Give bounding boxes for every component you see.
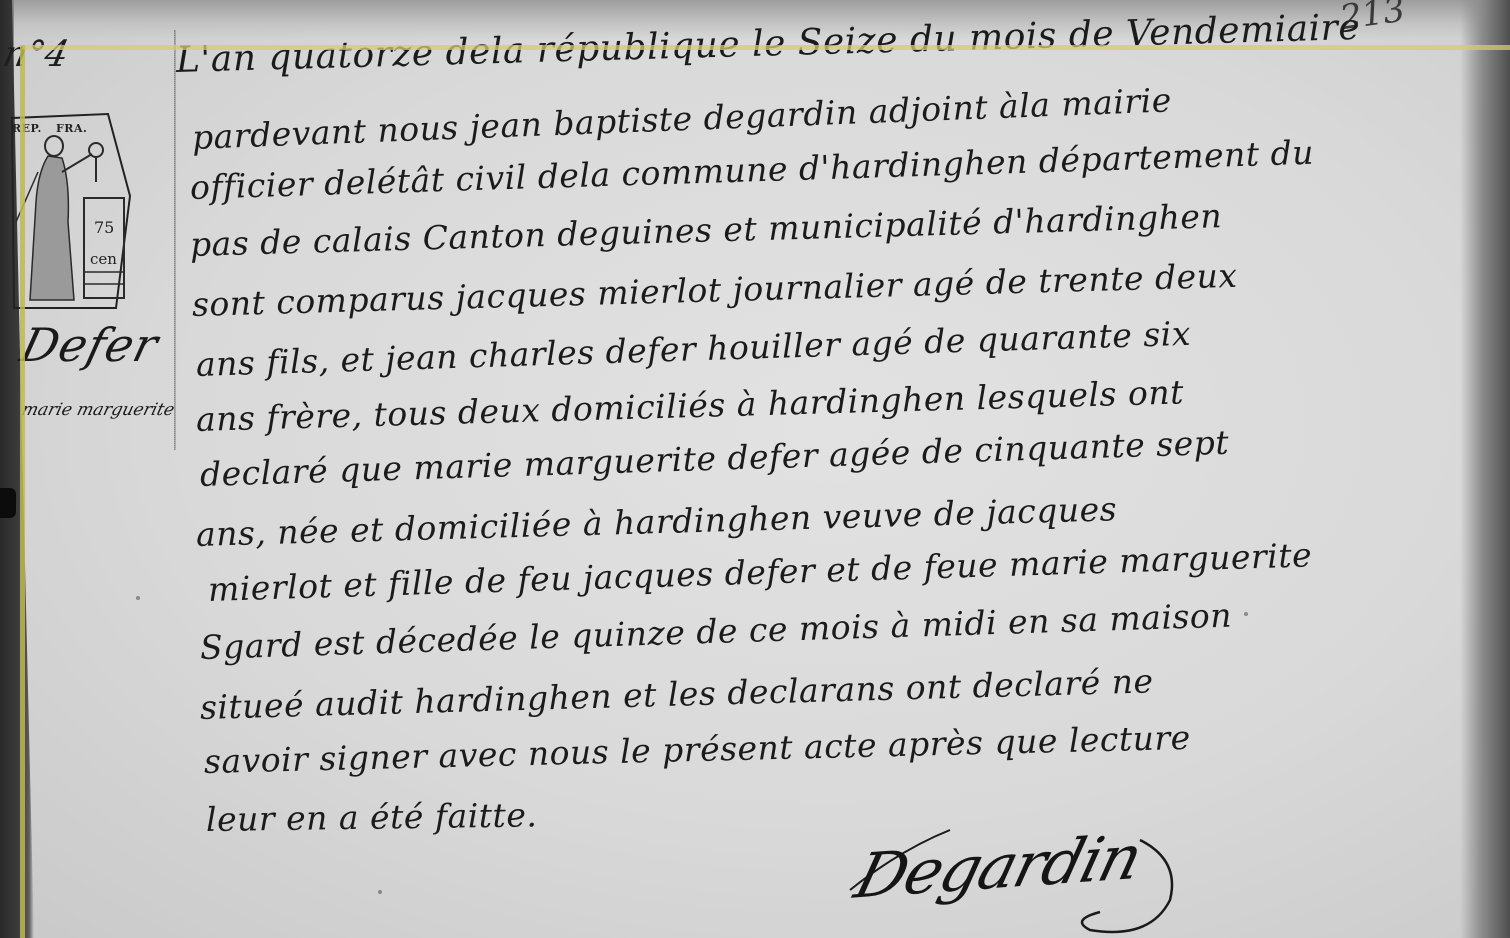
stamp-fra-text: FRA.: [56, 122, 87, 135]
revenue-stamp: REP. FRA. 75 cen: [8, 112, 134, 310]
body-line-12: situeé audit hardinghen et les declarans…: [199, 661, 1154, 727]
guide-line-vertical: [20, 45, 25, 938]
document-scan: 213 n°4 REP. FRA. 75 cen Defer marie mar…: [0, 0, 1510, 938]
stamp-rep-text: REP.: [12, 122, 42, 135]
right-page-shadow: [1460, 0, 1510, 938]
entry-number: n°4: [0, 34, 72, 75]
body-line-14: leur en a été faitte.: [206, 795, 538, 839]
margin-surname: Defer: [15, 318, 164, 372]
stamp-unit: cen: [90, 250, 117, 268]
body-line-6: ans fils, et jean charles defer houiller…: [195, 314, 1191, 384]
binding-tab: [0, 488, 16, 518]
body-line-5: sont comparus jacques mierlot journalier…: [191, 256, 1237, 324]
paper-speck: [378, 890, 382, 894]
body-line-4: pas de calais Canton deguines et municip…: [189, 196, 1222, 264]
body-line-9: ans, née et domiciliée à hardinghen veuv…: [195, 489, 1117, 554]
stamp-value: 75: [94, 218, 114, 237]
body-line-13: savoir signer avec nous le présent acte …: [204, 718, 1192, 781]
paper-speck: [136, 596, 140, 600]
guide-line-horizontal: [22, 45, 1510, 50]
margin-rule: [174, 30, 176, 450]
body-line-11: Sgard est décedée le quinze de ce mois à…: [199, 596, 1232, 667]
stamp-figure-icon: [8, 112, 134, 310]
paper-speck: [1244, 612, 1248, 616]
margin-given-names: marie marguerite: [20, 400, 177, 420]
